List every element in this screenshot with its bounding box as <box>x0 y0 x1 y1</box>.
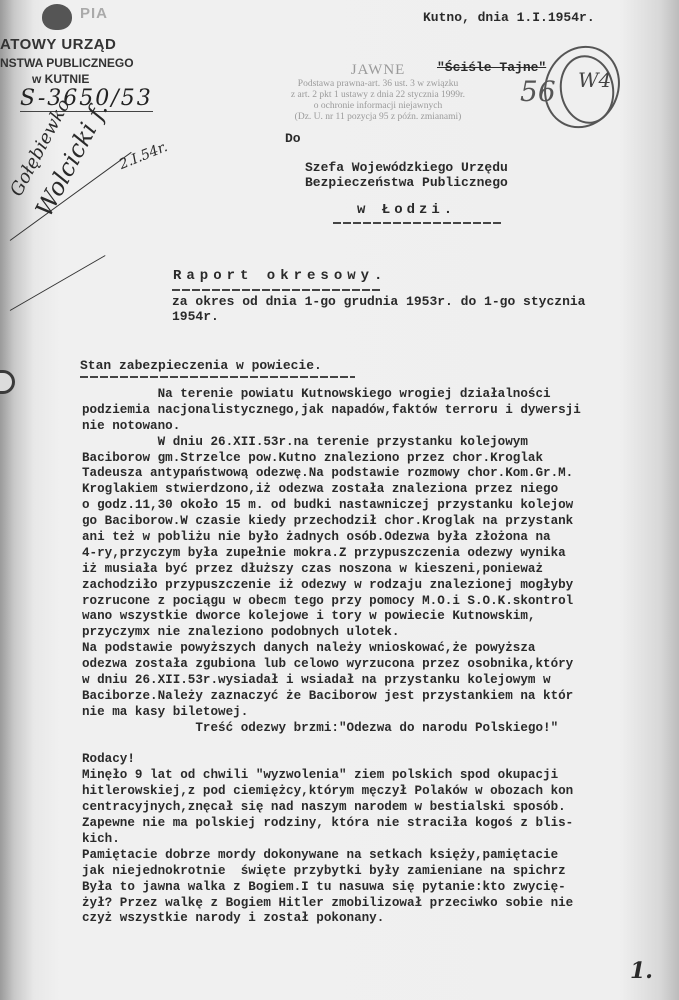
stamp-header: PIA <box>80 5 108 22</box>
body-line: go Baciborow.W czasie kiedy przechodził … <box>82 514 679 530</box>
office-stamp: PIA ATOWY URZĄD NSTWA PUBLICZNEGO w KUTN… <box>0 0 190 110</box>
punch-hole <box>0 370 15 394</box>
body-line: żył? Przez walkę z Bogiem Hitler zmobili… <box>82 896 679 912</box>
document-page: PIA ATOWY URZĄD NSTWA PUBLICZNEGO w KUTN… <box>0 0 679 1000</box>
body-line: o godz.11,30 około 15 m. od budki nastaw… <box>82 498 679 514</box>
body-line: Baciborow gm.Strzelce pow.Kutno znalezio… <box>82 451 679 467</box>
period-line: za okres od dnia 1-go grudnia 1953r. do … <box>172 294 585 309</box>
stamp-line-1: ATOWY URZĄD <box>0 36 116 53</box>
body-line: podziemia nacjonalistycznego,jak napadów… <box>82 403 679 419</box>
report-period: za okres od dnia 1-go grudnia 1953r. do … <box>172 294 585 324</box>
addressee-line: Szefa Wojewódzkiego Urzędu <box>305 160 508 175</box>
document-date: Kutno, dnia 1.I.1954r. <box>423 10 595 25</box>
body-line: kich. <box>82 832 679 848</box>
body-line: jak niejednokrotnie święte przybytki był… <box>82 864 679 880</box>
body-line: Pamiętacie dobrze mordy dokonywane na se… <box>82 848 679 864</box>
report-title: Raport okresowy. <box>173 268 387 284</box>
body-line: nie ma kasy biletowej. <box>82 705 679 721</box>
body-line: odezwa została zgubiona lub celowo wyrzu… <box>82 657 679 673</box>
body-line: Zapewne nie ma polskiej rodziny, która n… <box>82 816 679 832</box>
body-line: w dniu 26.XII.53r.wysiadał i wsiadał na … <box>82 673 679 689</box>
handwritten-date: 2.I.54r. <box>117 139 170 173</box>
body-line: Na terenie powiatu Kutnowskiego wrogiej … <box>82 387 679 403</box>
addressee-to: Do <box>285 131 301 146</box>
body-line: ani też w pobliżu nie było żadnych osób.… <box>82 530 679 546</box>
body-line: Na podstawie powyższych danych należy wn… <box>82 641 679 657</box>
section-heading: Stan zabezpieczenia w powiecie. <box>80 358 322 373</box>
declassification-line: z art. 2 pkt 1 ustawy z dnia 22 stycznia… <box>268 90 488 101</box>
body-line: Treść odezwy brzmi:"Odezwa do narodu Pol… <box>82 721 679 737</box>
divider <box>80 376 355 378</box>
body-line: czyż wszystkie narody i został pokonany. <box>82 911 679 927</box>
report-body: Na terenie powiatu Kutnowskiego wrogiej … <box>82 387 679 927</box>
divider <box>172 289 382 291</box>
period-line: 1954r. <box>172 309 585 324</box>
body-line: Była to jawna walka z Bogiem.I tu nasuwa… <box>82 880 679 896</box>
body-line: hitlerowskiej,z pod ciemiężcy,którym męc… <box>82 784 679 800</box>
body-line: Minęło 9 lat od chwili "wyzwolenia" ziem… <box>82 768 679 784</box>
body-line: iż musiała być przez dłuższy czas noszon… <box>82 562 679 578</box>
body-line: centracyjnych,znęcał się nad naszym naro… <box>82 800 679 816</box>
declassification-line: Podstawa prawna-art. 36 ust. 3 w związku <box>268 79 488 90</box>
declassification-line: o ochronie informacji niejawnych <box>268 101 488 112</box>
addressee-city: w Łodzi. <box>357 202 456 218</box>
body-line: nie notowano. <box>82 419 679 435</box>
body-line: 4-ry,przyczym była zupełnie mokra.Z przy… <box>82 546 679 562</box>
eagle-emblem-icon <box>42 4 72 30</box>
declassification-heading: JAWNE <box>268 62 488 79</box>
body-line: rozrucone z pociągu w obecm tego przy po… <box>82 594 679 610</box>
declassification-line: (Dz. U. nr 11 pozycja 95 z późn. zmianam… <box>268 112 488 123</box>
body-line: W dniu 26.XII.53r.na terenie przystanku … <box>82 435 679 451</box>
body-line: Rodacy! <box>82 752 679 768</box>
body-line: przyczymx nie znaleziono podobnych ulote… <box>82 625 679 641</box>
body-line: zachodziło przypuszczenie iż odezwy w ro… <box>82 578 679 594</box>
stamp-line-3: w KUTNIE <box>32 72 89 86</box>
stamp-line-2: NSTWA PUBLICZNEGO <box>0 56 134 70</box>
body-line <box>82 737 679 753</box>
handwritten-stroke <box>10 255 106 311</box>
divider <box>333 222 503 224</box>
declassification-stamp: JAWNE Podstawa prawna-art. 36 ust. 3 w z… <box>268 62 488 123</box>
body-line: Baciborze.Należy zaznaczyć że Baciborow … <box>82 689 679 705</box>
addressee-line: Bezpieczeństwa Publicznego <box>305 175 508 190</box>
circled-number: W4 <box>578 68 611 92</box>
body-line: Tadeusza antypaństwową odezwę.Na podstaw… <box>82 466 679 482</box>
addressee-block: Szefa Wojewódzkiego Urzędu Bezpieczeństw… <box>305 160 508 190</box>
body-line: Kroglakiem stwierdzono,iż odezwa została… <box>82 482 679 498</box>
page-number: 1. <box>630 958 653 984</box>
body-line: wano wszystkie dworce kolejowe i tory w … <box>82 609 679 625</box>
